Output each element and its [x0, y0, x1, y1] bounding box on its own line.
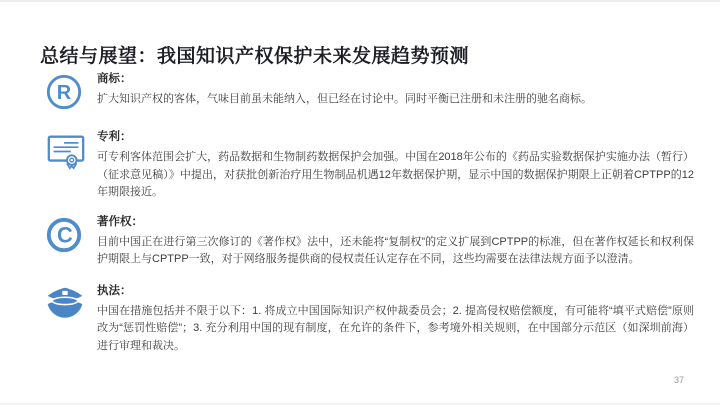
section-content: 商标： 扩大知识产权的客体，气味目前虽未能纳入，但已经在讨论中。同时平衡已注册和…: [97, 72, 694, 109]
section-copyright: C 著作权： 目前中国正在进行第三次修订的《著作权》法中，还未能将“复制权”的定…: [40, 215, 694, 269]
svg-text:R: R: [57, 82, 71, 104]
svg-text:C: C: [57, 222, 73, 247]
police-officer-icon: [40, 285, 85, 325]
patent-certificate-icon: [40, 131, 87, 171]
section-heading: 执法：: [97, 284, 694, 299]
page-number: 37: [674, 375, 684, 385]
section-trademark: R 商标： 扩大知识产权的客体，气味目前虽未能纳入，但已经在讨论中。同时平衡已注…: [40, 72, 694, 111]
section-icon-col: [40, 284, 97, 325]
section-heading: 专利：: [97, 130, 694, 145]
section-content: 著作权： 目前中国正在进行第三次修订的《著作权》法中，还未能将“复制权”的定义扩…: [97, 215, 694, 269]
section-icon-col: [40, 130, 97, 171]
section-body: 可专利客体范围会扩大，药品数据和生物制药数据保护会加强。中国在2018年公布的《…: [97, 149, 694, 202]
section-body: 目前中国正在进行第三次修订的《著作权》法中，还未能将“复制权”的定义扩展到CPT…: [97, 234, 694, 269]
registered-trademark-icon: R: [40, 73, 83, 111]
section-list: R 商标： 扩大知识产权的客体，气味目前虽未能纳入，但已经在讨论中。同时平衡已注…: [40, 72, 694, 355]
section-body: 中国在措施包括并不限于以下：1. 将成立中国国际知识产权仲裁委员会；2. 提高侵…: [97, 303, 694, 356]
slide: 总结与展望：我国知识产权保护未来发展趋势预测 R 商标： 扩大知识产权的客体，气…: [0, 0, 720, 405]
copyright-icon: C: [40, 216, 83, 254]
section-heading: 商标：: [97, 72, 694, 87]
section-icon-col: R: [40, 72, 97, 111]
section-icon-col: C: [40, 215, 97, 254]
section-patent: 专利： 可专利客体范围会扩大，药品数据和生物制药数据保护会加强。中国在2018年…: [40, 130, 694, 202]
page-title: 总结与展望：我国知识产权保护未来发展趋势预测: [40, 45, 690, 69]
section-heading: 著作权：: [97, 215, 694, 230]
section-enforcement: 执法： 中国在措施包括并不限于以下：1. 将成立中国国际知识产权仲裁委员会；2.…: [40, 284, 694, 356]
section-content: 执法： 中国在措施包括并不限于以下：1. 将成立中国国际知识产权仲裁委员会；2.…: [97, 284, 694, 356]
section-body: 扩大知识产权的客体，气味目前虽未能纳入，但已经在讨论中。同时平衡已注册和未注册的…: [97, 91, 694, 109]
section-content: 专利： 可专利客体范围会扩大，药品数据和生物制药数据保护会加强。中国在2018年…: [97, 130, 694, 202]
